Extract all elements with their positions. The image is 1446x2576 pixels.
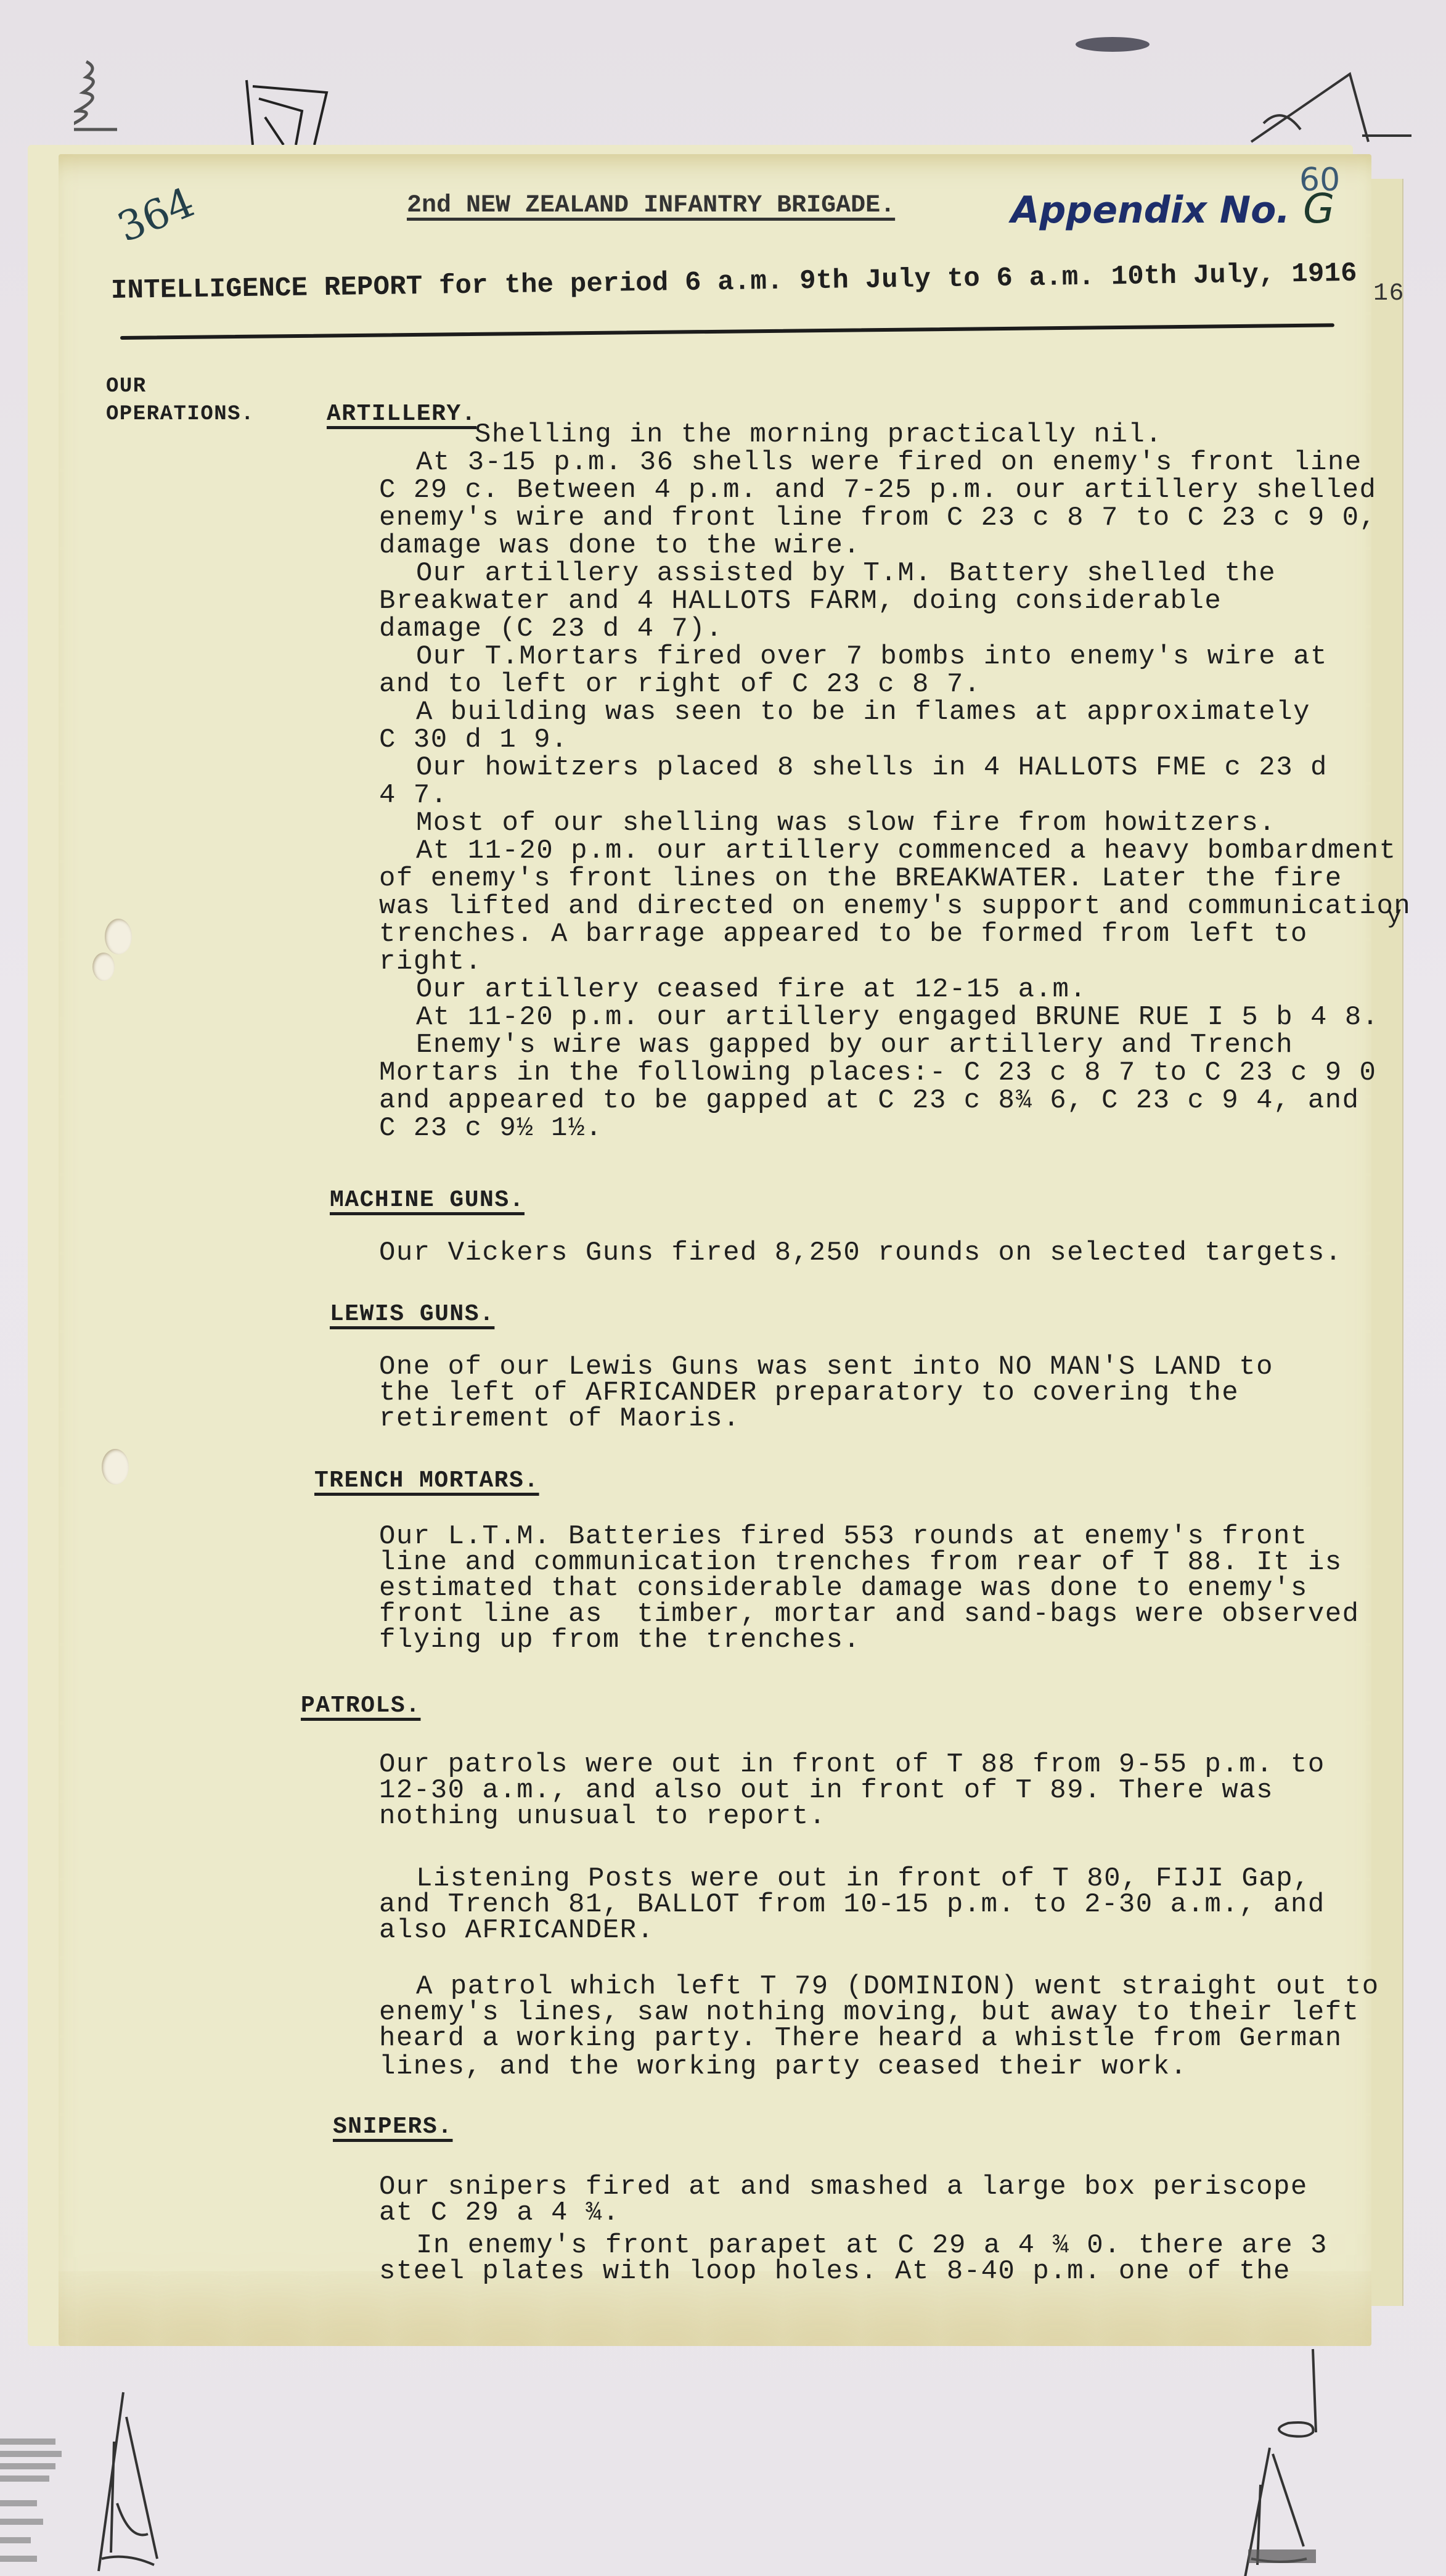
pen-sketch-bottom-left xyxy=(0,2380,210,2576)
pencil-sketch-top-left xyxy=(74,55,197,148)
artillery-line: Our howitzers placed 8 shells in 4 HALLO… xyxy=(416,754,1328,781)
artillery-line: At 11-20 p.m. our artillery commenced a … xyxy=(416,837,1397,864)
appendix-label: Appendix No. G xyxy=(1011,185,1334,232)
section-heading-trench-mortars: TRENCH MORTARS. xyxy=(314,1467,539,1495)
artillery-line: Mortars in the following places:- C 23 c… xyxy=(379,1059,1376,1086)
trench-mortars-line: line and communication trenches from rea… xyxy=(379,1549,1342,1576)
artillery-line: 4 7. xyxy=(379,782,448,809)
artillery-line: At 11-20 p.m. our artillery engaged BRUN… xyxy=(416,1004,1379,1031)
artillery-line: Most of our shelling was slow fire from … xyxy=(416,810,1276,837)
snipers-line: at C 29 a 4 ¾. xyxy=(379,2199,620,2226)
patrols-line: A patrol which left T 79 (DOMINION) went… xyxy=(416,1973,1379,2000)
patrols-line: Our patrols were out in front of T 88 fr… xyxy=(379,1751,1325,1778)
section-heading-machine-guns: MACHINE GUNS. xyxy=(330,1187,525,1214)
appendix-text: Appendix No. xyxy=(1011,189,1290,232)
snipers-line: steel plates with loop holes. At 8-40 p.… xyxy=(379,2258,1291,2285)
section-heading-artillery: ARTILLERY. xyxy=(327,401,476,428)
trench-mortars-line: Our L.T.M. Batteries fired 553 rounds at… xyxy=(379,1523,1308,1550)
punch-hole xyxy=(102,1449,129,1485)
artillery-line: A building was seen to be in flames at a… xyxy=(416,699,1310,726)
patrols-line: also AFRICANDER. xyxy=(379,1917,654,1944)
artillery-line: of enemy's front lines on the BREAKWATER… xyxy=(379,865,1342,892)
pen-sketch-bottom-right xyxy=(1146,2343,1331,2576)
patrols-line: nothing unusual to report. xyxy=(379,1803,827,1830)
margin-overflow: y xyxy=(1387,903,1403,930)
patrols-line: enemy's lines, saw nothing moving, but a… xyxy=(379,1999,1360,2026)
artillery-line: C 23 c 9½ 1½. xyxy=(379,1115,603,1142)
artillery-line: Breakwater and 4 HALLOTS FARM, doing con… xyxy=(379,588,1222,615)
patrols-line: 12-30 a.m., and also out in front of T 8… xyxy=(379,1777,1273,1804)
patrols-line: heard a working party. There heard a whi… xyxy=(379,2025,1342,2052)
patrols-line: Listening Posts were out in front of T 8… xyxy=(416,1865,1310,1892)
lewis-guns-line: retirement of Maoris. xyxy=(379,1405,740,1432)
artillery-line: damage was done to the wire. xyxy=(379,532,860,559)
patrols-line: lines, and the working party ceased thei… xyxy=(379,2053,1188,2080)
punch-hole xyxy=(105,919,132,954)
pen-sketch-top xyxy=(240,74,376,148)
artillery-line: C 29 c. Between 4 p.m. and 7-25 p.m. our… xyxy=(379,477,1376,504)
artillery-line: and appeared to be gapped at C 23 c 8¾ 6… xyxy=(379,1087,1360,1114)
lewis-guns-line: One of our Lewis Guns was sent into NO M… xyxy=(379,1353,1273,1380)
artillery-line: C 30 d 1 9. xyxy=(379,726,568,753)
trench-mortars-line: estimated that considerable damage was d… xyxy=(379,1575,1308,1602)
snipers-line: In enemy's front parapet at C 29 a 4 ¾ 0… xyxy=(416,2232,1328,2259)
trench-mortars-line: flying up from the trenches. xyxy=(379,1626,860,1654)
section-heading-lewis-guns: LEWIS GUNS. xyxy=(330,1301,494,1328)
machine-guns-line: Our Vickers Guns fired 8,250 rounds on s… xyxy=(379,1239,1342,1266)
punch-hole xyxy=(92,953,115,981)
lewis-guns-line: the left of AFRICANDER preparatory to co… xyxy=(379,1379,1239,1406)
artillery-line: Our T.Mortars fired over 7 bombs into en… xyxy=(416,643,1328,670)
artillery-line: right. xyxy=(379,948,482,975)
artillery-line: damage (C 23 d 4 7). xyxy=(379,615,723,642)
margin-fragment: 16 xyxy=(1373,281,1405,308)
artillery-line: Shelling in the morning practically nil. xyxy=(475,421,1162,448)
section-label-our: OUR xyxy=(106,373,147,400)
pen-sketch-top-right xyxy=(1239,68,1424,148)
trench-mortars-line: front line as timber, mortar and sand-ba… xyxy=(379,1601,1360,1628)
patrols-line: and Trench 81, BALLOT from 10-15 p.m. to… xyxy=(379,1891,1325,1918)
section-heading-snipers: SNIPERS. xyxy=(333,2114,452,2141)
artillery-line: was lifted and directed on enemy's suppo… xyxy=(379,893,1411,920)
section-heading-patrols: PATROLS. xyxy=(301,1692,420,1720)
snipers-line: Our snipers fired at and smashed a large… xyxy=(379,2173,1308,2201)
artillery-line: Our artillery assisted by T.M. Battery s… xyxy=(416,560,1276,587)
ink-blot xyxy=(1076,37,1150,52)
appendix-letter: G xyxy=(1303,185,1334,232)
section-label-operations: OPERATIONS. xyxy=(106,401,255,428)
artillery-line: enemy's wire and front line from C 23 c … xyxy=(379,504,1376,531)
brigade-heading: 2nd NEW ZEALAND INFANTRY BRIGADE. xyxy=(407,192,895,219)
artillery-line: Our artillery ceased fire at 12-15 a.m. xyxy=(416,976,1087,1003)
artillery-line: At 3-15 p.m. 36 shells were fired on ene… xyxy=(416,449,1362,476)
artillery-line: Enemy's wire was gapped by our artillery… xyxy=(416,1032,1293,1059)
artillery-line: trenches. A barrage appeared to be forme… xyxy=(379,921,1308,948)
artillery-line: and to left or right of C 23 c 8 7. xyxy=(379,671,981,698)
